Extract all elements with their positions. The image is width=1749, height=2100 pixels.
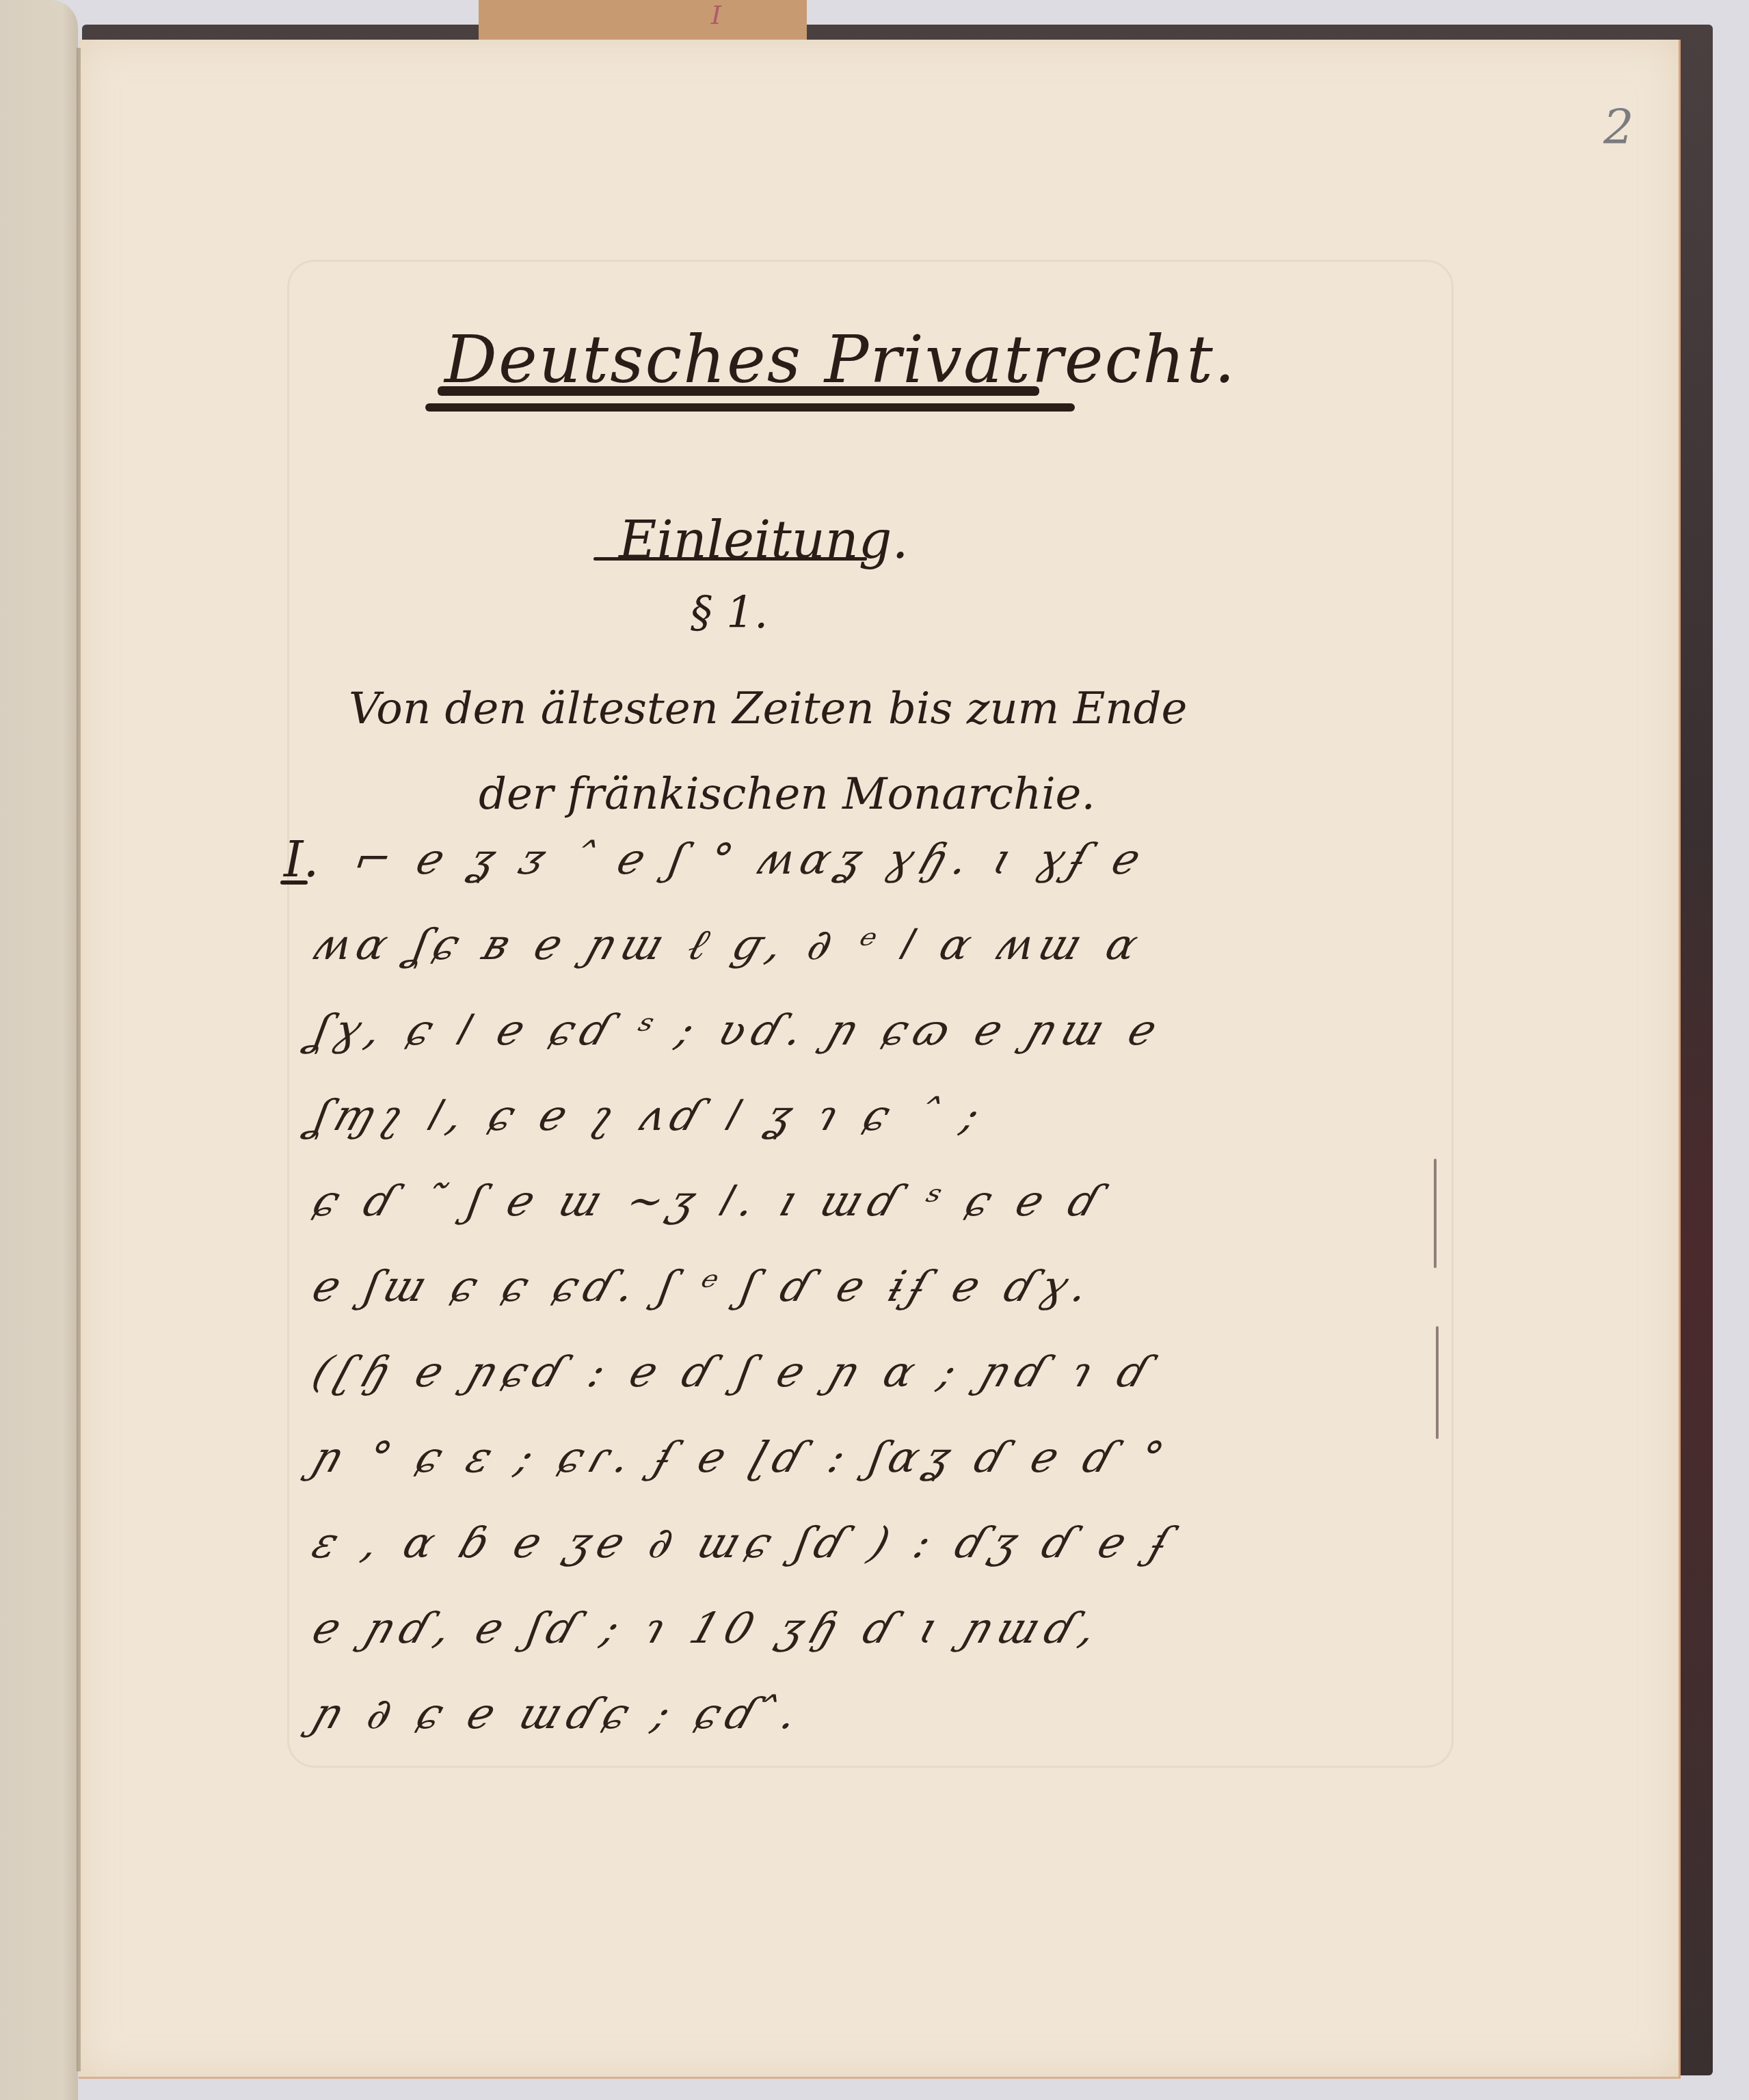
shorthand-line: ʍɑ ʆɕ ʙ e ɲɯ ℓ ɡ, ∂ ᵉ ǀ ɑ ʍɯ ɑ — [306, 919, 1376, 970]
shorthand-line: ɲ ° ɕ ɛ ; ɕɾ. ʄ e ɭɗ : ʃɑʓ ɗ e ɗ ° — [306, 1432, 1376, 1482]
title-underline-2 — [425, 403, 1075, 412]
section-heading-line-1: Von den ältesten Zeiten bis zum Ende — [349, 684, 1187, 734]
title-underline-1 — [438, 386, 1039, 396]
paragraph-marker-underline — [280, 880, 308, 885]
subtitle: Einleitung. — [619, 509, 909, 570]
label-tape — [479, 0, 807, 42]
margin-pencil-mark — [1434, 1159, 1437, 1268]
section-number: § 1. — [691, 588, 768, 638]
page-number: 2 — [1603, 99, 1634, 155]
tape-label-mark: I — [711, 0, 721, 30]
shorthand-line: e ɲɗ, e ʃɗ ; ɿ 10 ʒɧ ɗ ɩ ɲɯɗ, — [306, 1603, 1376, 1653]
shorthand-line: (ʗɧ e ɲɕɗ : e ɗ ʃ e ɲ ɑ ; ɲɗ ɿ ɗ — [306, 1347, 1376, 1397]
shorthand-line: ɕ ɗ ˜ ʃ e ɯ ∼ʒ ǀ. ı ɯɗ ˢ ɕ e ɗ — [306, 1176, 1376, 1226]
shorthand-line: e ʃɯ ɕ ɕ ɕɗ. ʃ ᵉ ʃ ɗ e ɨʄ e ɗɣ. — [306, 1261, 1376, 1311]
shorthand-line: ʆɣ, ɕ ǀ e ɕɗ ˢ ; ʋɗ. ɲ ɕɷ e ɲɯ e — [306, 1005, 1376, 1055]
shorthand-line: ⌐ e ʓ ᴣ ˆ e ʃ ° ʍɑʓ ɣɧ. ɩ ɣʄ e — [347, 834, 1417, 884]
shorthand-line: ɲ ∂ ɕ e ɯɗɕ ; ɕɗ ̂. — [306, 1688, 1376, 1738]
subtitle-underline — [593, 557, 867, 561]
page-gutter — [77, 48, 81, 2071]
margin-pencil-mark — [1436, 1326, 1439, 1439]
shorthand-line: ɛ , ɑ ɓ e ʒe ∂ ɯɕ ʃɗ ) : ɗʒ ɗ e ʄ — [306, 1518, 1376, 1567]
section-heading-line-2: der fränkischen Monarchie. — [479, 769, 1095, 820]
shorthand-line: ʆɱʅ ǀ, ɕ e ʅ ʌɗ ǀ ʓ ɿ ɕ ˆ ; — [306, 1090, 1376, 1140]
facing-leaf — [0, 0, 78, 2100]
paragraph-marker: I. — [284, 831, 319, 888]
